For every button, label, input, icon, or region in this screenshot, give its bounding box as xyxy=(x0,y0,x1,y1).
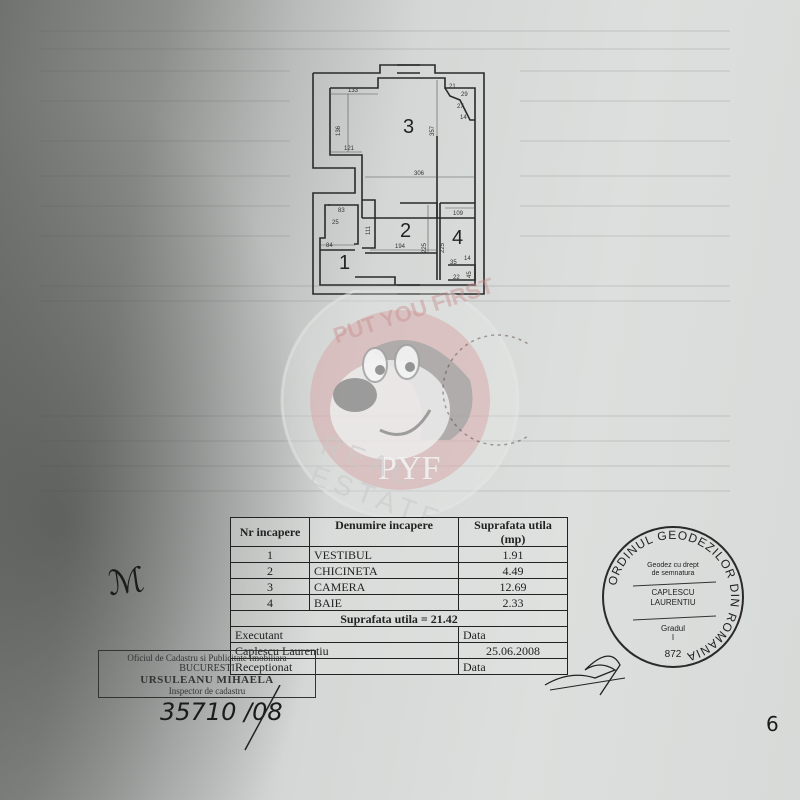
table-row: 4 BAIE 2.33 xyxy=(231,595,568,611)
cell-name: CHICINETA xyxy=(310,563,459,579)
cell-area: 4.49 xyxy=(459,563,568,579)
table-header-row: Nr incapere Denumire incapere Suprafata … xyxy=(231,518,568,547)
floor-plan: 3 2 4 1 133 136 121 357 306 21 29 27 14 … xyxy=(300,40,500,310)
cell-name: BAIE xyxy=(310,595,459,611)
dimension: 84 xyxy=(326,243,333,249)
seal-line2: de semnatura xyxy=(598,570,748,578)
seal-grade-label: Gradul xyxy=(598,624,748,633)
dimension: 83 xyxy=(338,208,345,214)
stamp-office: Oficiul de Cadastru si Publicitate Imobi… xyxy=(99,653,315,663)
dimension: 225 xyxy=(422,243,428,253)
dimension: 29 xyxy=(461,92,468,98)
dimension: 35 xyxy=(450,260,457,266)
dimension: 136 xyxy=(336,126,342,136)
header-name: Denumire incapere xyxy=(310,518,459,547)
table-row: 1 VESTIBUL 1.91 xyxy=(231,547,568,563)
room-label-1: 1 xyxy=(339,252,350,275)
dimension: 121 xyxy=(344,146,354,152)
stamp-city: BUCURESTI xyxy=(99,663,315,674)
seal-name1: CAPLESCU xyxy=(598,588,748,598)
pen-stroke xyxy=(230,685,290,755)
dimension: 111 xyxy=(366,226,372,235)
dimension: 14 xyxy=(460,115,467,121)
room-label-4: 4 xyxy=(452,227,463,250)
signature-right xyxy=(540,640,630,700)
room-label-3: 3 xyxy=(403,116,414,139)
floor-plan-walls xyxy=(300,40,500,310)
cell-nr: 4 xyxy=(231,595,310,611)
seal-name2: LAURENTIU xyxy=(598,598,748,608)
header-area: Suprafata utila (mp) xyxy=(459,518,568,547)
dimension: 133 xyxy=(348,88,358,94)
table-row: 3 CAMERA 12.69 xyxy=(231,579,568,595)
page-number: 6 xyxy=(766,712,779,736)
watermark-logo: PUT YOU FIRST PYF REAL ESTATE xyxy=(270,290,530,520)
cell-nr: 1 xyxy=(231,547,310,563)
cell-area: 1.91 xyxy=(459,547,568,563)
dimension: 109 xyxy=(453,211,463,217)
cell-name: VESTIBUL xyxy=(310,547,459,563)
dimension: 21 xyxy=(449,84,456,90)
header-nr: Nr incapere xyxy=(231,518,310,547)
dimension: 306 xyxy=(414,171,424,177)
cell-nr: 2 xyxy=(231,563,310,579)
signature-left: ℳ xyxy=(105,560,147,605)
dimension: 194 xyxy=(395,244,405,250)
total-area: Suprafata utila = 21.42 xyxy=(231,611,568,627)
executant-label: Executant xyxy=(231,627,459,643)
dimension: 27 xyxy=(457,104,464,110)
cell-area: 12.69 xyxy=(459,579,568,595)
dimension: 357 xyxy=(430,126,436,136)
dimension: 25 xyxy=(332,220,339,226)
executant-row: Executant Data xyxy=(231,627,568,643)
cell-nr: 3 xyxy=(231,579,310,595)
seal-line1: Geodez cu drept xyxy=(598,562,748,570)
dimension: 225 xyxy=(440,243,446,253)
dimension: 14 xyxy=(464,256,471,262)
room-label-2: 2 xyxy=(400,220,411,243)
dimension: 22 xyxy=(453,275,460,281)
cell-area: 2.33 xyxy=(459,595,568,611)
cell-name: CAMERA xyxy=(310,579,459,595)
table-total-row: Suprafata utila = 21.42 xyxy=(231,611,568,627)
table-row: 2 CHICINETA 4.49 xyxy=(231,563,568,579)
